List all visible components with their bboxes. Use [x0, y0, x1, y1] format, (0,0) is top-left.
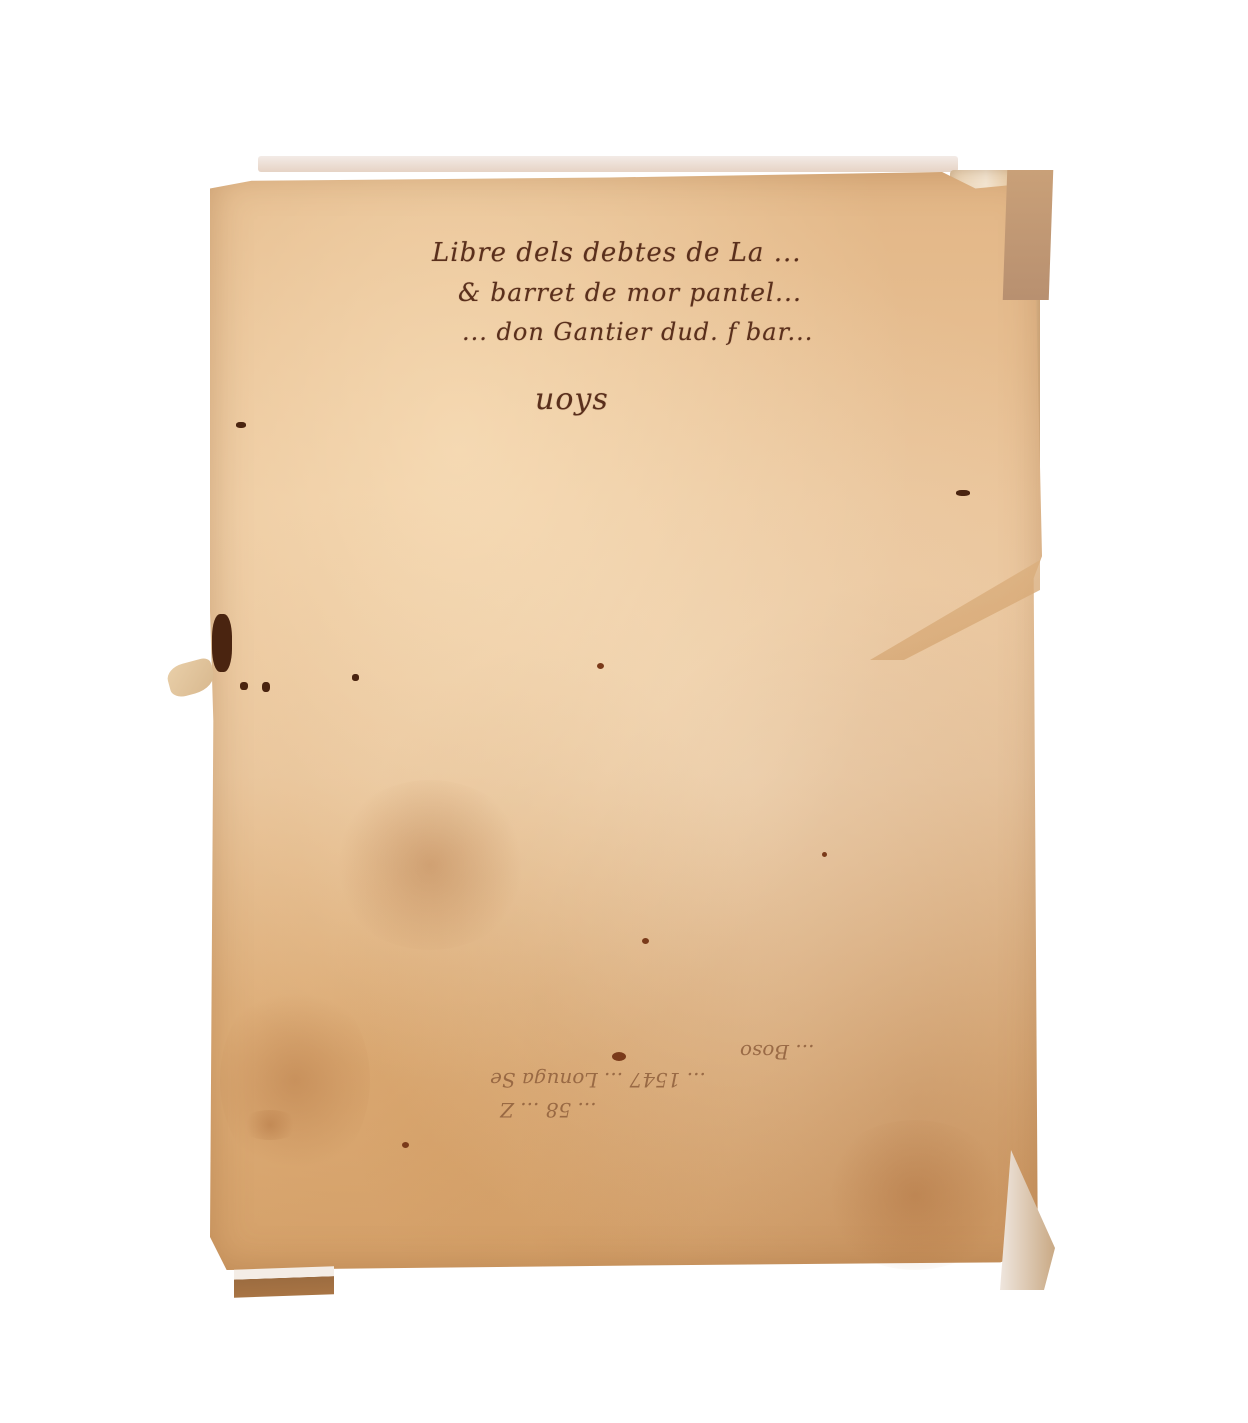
- hole: [240, 682, 248, 690]
- stain: [240, 1110, 300, 1140]
- inscription-line-3: ... don Gantier dud. f bar...: [462, 318, 813, 346]
- spot: [597, 663, 604, 669]
- inscription-line-4: uoys: [535, 382, 609, 417]
- inverted-inscription-line-1: ... Boso: [740, 1040, 814, 1064]
- loose-vellum-scrap: [165, 657, 218, 700]
- hole: [236, 422, 246, 428]
- page-block-top-edge: [258, 156, 958, 172]
- photo-scene: Libre dels debtes de La ... & barret de …: [0, 0, 1248, 1423]
- stain: [220, 980, 370, 1180]
- torn-corner-flap: [1003, 170, 1054, 300]
- stain: [820, 1120, 1010, 1270]
- inverted-inscription-line-2: ... 1547 ... Lonuga Se: [490, 1068, 706, 1092]
- spot: [642, 938, 649, 944]
- page-block-bottom-edge: [234, 1266, 334, 1297]
- hole: [262, 682, 270, 692]
- spot: [822, 852, 827, 857]
- spot: [402, 1142, 409, 1148]
- stain: [330, 780, 530, 950]
- inscription-line-1: Libre dels debtes de La ...: [432, 238, 802, 268]
- hole: [352, 674, 359, 681]
- spot: [612, 1052, 626, 1061]
- hole: [212, 614, 232, 672]
- inscription-line-2: & barret de mor pantel...: [458, 278, 802, 307]
- inverted-inscription-line-3: ... 58 ... Z: [500, 1098, 597, 1122]
- hole: [956, 490, 970, 496]
